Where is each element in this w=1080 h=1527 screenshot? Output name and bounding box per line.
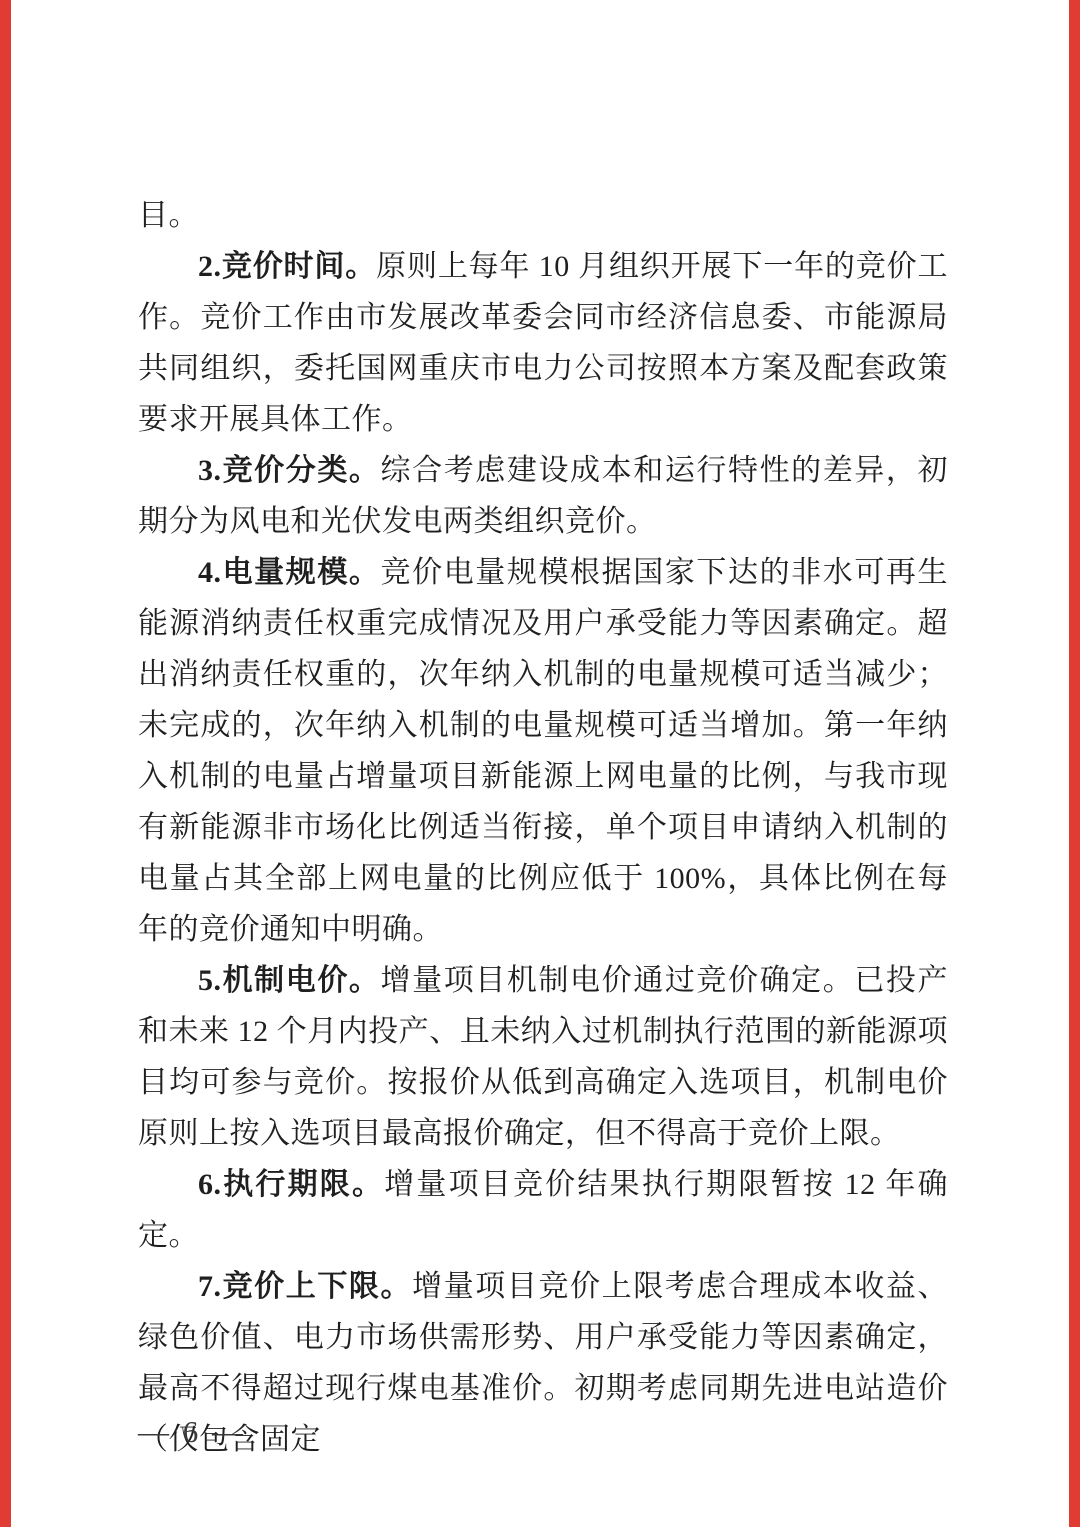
paragraph-bidding-limits: 7.竞价上下限。增量项目竞价上限考虑合理成本收益、绿色价值、电力市场供需形势、用… [138,1261,948,1465]
paragraph-heading: 3.竞价分类。 [198,454,381,487]
paragraph-execution-period: 6.执行期限。增量项目竞价结果执行期限暂按 12 年确定。 [138,1159,948,1261]
paragraph-heading: 6.执行期限。 [198,1168,384,1201]
document-page: { "document": { "page_number": "— 6 —", … [0,0,1080,1527]
paragraph-continuation: 目。 [138,190,948,241]
paragraph-heading: 7.竞价上下限。 [198,1270,412,1303]
paragraph-heading: 5.机制电价。 [198,964,381,997]
paragraph-heading: 4.电量规模。 [198,556,381,589]
document-body: 目。 2.竞价时间。原则上每年 10 月组织开展下一年的竞价工作。竞价工作由市发… [138,190,948,1465]
left-edge-accent-bar [0,0,11,1527]
right-edge-accent-bar [1069,0,1080,1527]
paragraph-heading: 2.竞价时间。 [198,250,376,283]
paragraph-mechanism-price: 5.机制电价。增量项目机制电价通过竞价确定。已投产和未来 12 个月内投产、且未… [138,955,948,1159]
paragraph-text: 目。 [138,199,199,232]
paragraph-bidding-category: 3.竞价分类。综合考虑建设成本和运行特性的差异，初期分为风电和光伏发电两类组织竞… [138,445,948,547]
paragraph-bidding-time: 2.竞价时间。原则上每年 10 月组织开展下一年的竞价工作。竞价工作由市发展改革… [138,241,948,445]
paragraph-text: 竞价电量规模根据国家下达的非水可再生能源消纳责任权重完成情况及用户承受能力等因素… [138,556,948,946]
paragraph-electricity-scale: 4.电量规模。竞价电量规模根据国家下达的非水可再生能源消纳责任权重完成情况及用户… [138,547,948,955]
page-number: — 6 — [138,1412,246,1452]
